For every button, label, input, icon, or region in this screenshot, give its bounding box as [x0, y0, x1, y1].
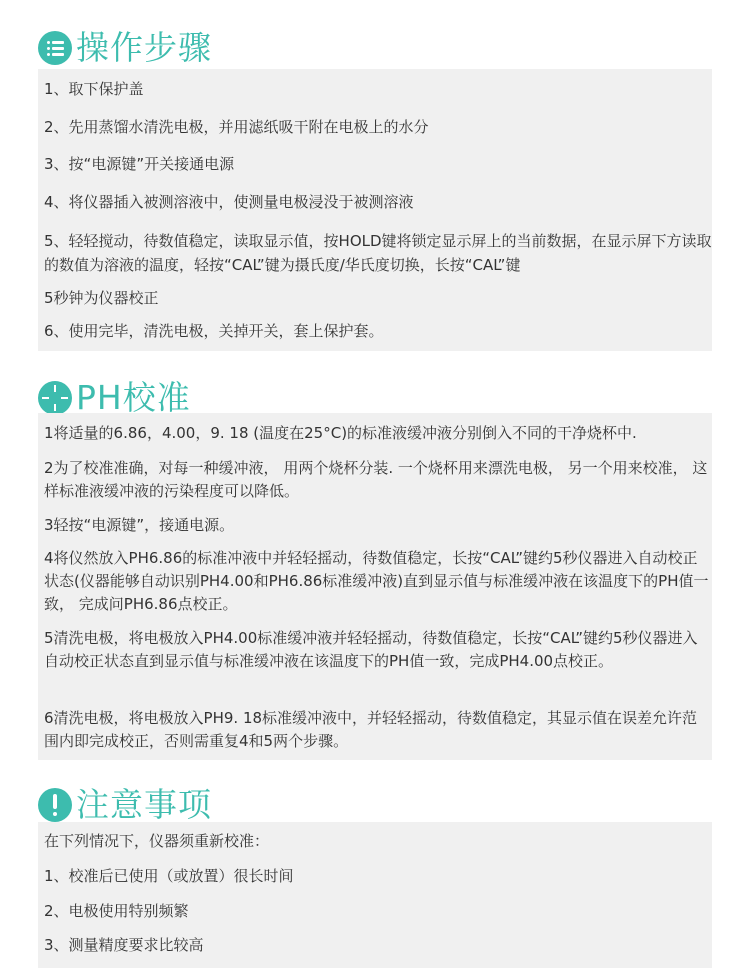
- content-box: 1将适量的6.86，4.00，9. 18 (温度在25°C)的标准液缓冲液分别倒…: [38, 413, 712, 760]
- note-text: 1、校准后已使用（或放置）很长时间: [44, 865, 294, 888]
- calibration-step: 6清洗电极，将电极放入PH9. 18标准缓冲液中，并轻轻摇动，待数值稳定，其显示…: [44, 707, 712, 753]
- step-text: 2、先用蒸馏水清洗电极，并用滤纸吸干附在电极上的水分: [44, 116, 429, 139]
- section-title: 操作步骤: [76, 26, 212, 70]
- section-title: 注意事项: [76, 783, 212, 827]
- exclamation-icon: [38, 788, 72, 822]
- note-text: 2、电极使用特别频繁: [44, 900, 189, 923]
- section-heading: 注意事项: [38, 783, 212, 827]
- step-text: 3、按“电源键”开关接通电源: [44, 153, 234, 176]
- crosshair-icon: [38, 381, 72, 415]
- step-text: 5、轻轻搅动，待数值稳定，读取显示值，按HOLD键将锁定显示屏上的当前数据，在显…: [44, 229, 712, 277]
- step-text: 5秒钟为仪器校正: [44, 287, 159, 310]
- calibration-step: 2为了校准准确，对每一种缓冲液， 用两个烧杯分装. 一个烧杯用来漂洗电极， 另一…: [44, 457, 712, 503]
- step-text: 1、取下保护盖: [44, 78, 144, 101]
- calibration-step: 1将适量的6.86，4.00，9. 18 (温度在25°C)的标准液缓冲液分别倒…: [44, 422, 712, 445]
- content-box: 1、取下保护盖 2、先用蒸馏水清洗电极，并用滤纸吸干附在电极上的水分 3、按“电…: [38, 69, 712, 351]
- calibration-step: 3轻按“电源键”，接通电源。: [44, 514, 712, 537]
- section-heading: 操作步骤: [38, 26, 212, 70]
- calibration-step: 5清洗电极，将电极放入PH4.00标准缓冲液并轻轻摇动，待数值稳定，长按“CAL…: [44, 627, 712, 673]
- step-text: 4、将仪器插入被测溶液中，使测量电极浸没于被测溶液: [44, 191, 414, 214]
- note-text: 3、测量精度要求比较高: [44, 934, 204, 957]
- note-text: 在下列情况下，仪器须重新校准：: [44, 830, 269, 853]
- step-text: 6、使用完毕，清洗电极，关掉开关，套上保护套。: [44, 320, 384, 343]
- content-box: 在下列情况下，仪器须重新校准： 1、校准后已使用（或放置）很长时间 2、电极使用…: [38, 822, 712, 968]
- calibration-step: 4将仪然放入PH6.86的标准冲液中并轻轻摇动，待数值稳定，长按“CAL”键约5…: [44, 547, 712, 616]
- list-icon: [38, 31, 72, 65]
